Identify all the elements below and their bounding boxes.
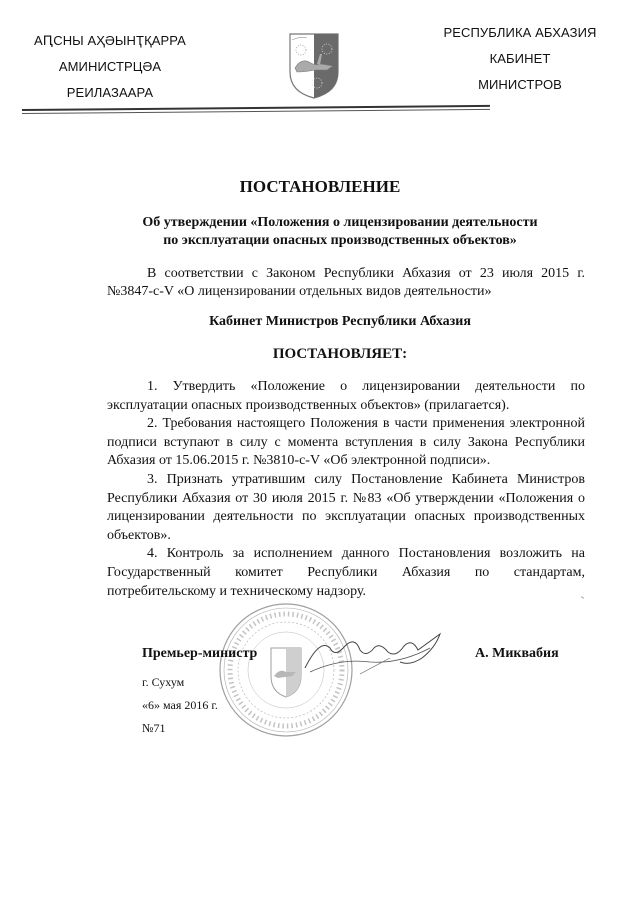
issue-date: «6» мая 2016 г. [142, 698, 218, 713]
handwritten-signature-icon [300, 628, 450, 678]
decree-item-2: 2. Требования настоящего Положения в час… [107, 415, 585, 471]
header-right-line-2: КАБИНЕТ [440, 46, 600, 72]
signatory-role: Премьер-министр [142, 646, 257, 662]
document-page: АԤСНЫ АҲӘЫНҬҚАРРА АМИНИСТРЦӘА РЕИЛАЗААРА… [0, 0, 640, 905]
header-right-line-3: МИНИСТРОВ [440, 72, 600, 98]
header-left-abkhaz: АԤСНЫ АҲӘЫНҬҚАРРА АМИНИСТРЦӘА РЕИЛАЗААРА [30, 28, 190, 106]
signatory-name: А. Миквабия [475, 646, 559, 662]
header-right-russian: РЕСПУБЛИКА АБХАЗИЯ КАБИНЕТ МИНИСТРОВ [440, 20, 600, 98]
decree-item-4: 4. Контроль за исполнением данного Поста… [107, 545, 585, 601]
coat-of-arms-icon [287, 20, 341, 100]
issue-place: г. Сухум [142, 675, 184, 690]
document-subject: Об утверждении «Положения о лицензирован… [100, 214, 580, 250]
decree-items: 1. Утвердить «Положение о лицензировании… [107, 378, 585, 601]
preamble: В соответствии с Законом Республики Абха… [107, 265, 585, 301]
decrees-heading: ПОСТАНОВЛЯЕТ: [0, 346, 640, 363]
header-left-line-2: АМИНИСТРЦӘА [30, 54, 190, 80]
header-left-line-1: АԤСНЫ АҲӘЫНҬҚАРРА [30, 28, 190, 54]
document-number: №71 [142, 721, 165, 736]
header-left-line-3: РЕИЛАЗААРА [30, 80, 190, 106]
subject-line-1: Об утверждении «Положения о лицензирован… [100, 214, 580, 232]
subject-line-2: по эксплуатации опасных производственных… [100, 232, 580, 250]
header-double-rule [22, 102, 490, 120]
decree-item-1: 1. Утвердить «Положение о лицензировании… [107, 378, 585, 415]
decree-item-3: 3. Признать утратившим силу Постановлени… [107, 471, 585, 545]
document-title: ПОСТАНОВЛЕНИЕ [0, 177, 640, 197]
issuer: Кабинет Министров Республики Абхазия [0, 314, 640, 330]
header-right-line-1: РЕСПУБЛИКА АБХАЗИЯ [440, 20, 600, 46]
